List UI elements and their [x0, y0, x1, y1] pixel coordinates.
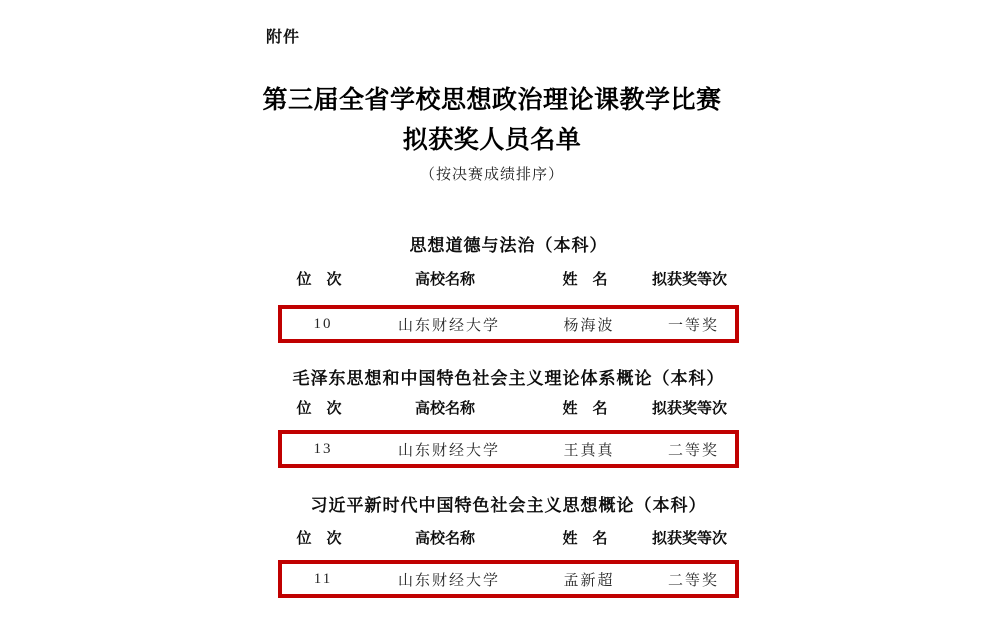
course-title: 毛泽东思想和中国特色社会主义理论体系概论（本科） — [230, 364, 787, 389]
section-sixiang-daode-fazhi: 思想道德与法治（本科） 位 次 高校名称 姓 名 拟获奖等次 10 山东财经大学… — [278, 231, 739, 345]
cell-university: 山东财经大学 — [364, 314, 534, 335]
cell-university: 山东财经大学 — [364, 569, 534, 590]
course-title: 思想道德与法治（本科） — [230, 231, 787, 256]
col-header-name: 姓 名 — [530, 397, 640, 418]
table-header-row: 位 次 高校名称 姓 名 拟获奖等次 — [278, 527, 739, 548]
cell-rank: 11 — [282, 571, 364, 588]
document-title-line1: 第三届全省学校思想政治理论课教学比赛 — [0, 88, 984, 113]
cell-name: 王真真 — [534, 439, 644, 460]
section-xijinping-sixiang-gailun: 习近平新时代中国特色社会主义思想概论（本科） 位 次 高校名称 姓 名 拟获奖等… — [278, 491, 739, 601]
cell-name: 杨海波 — [534, 314, 644, 335]
cell-award: 一等奖 — [644, 314, 743, 335]
cell-name: 孟新超 — [534, 569, 644, 590]
document-title-line2: 拟获奖人员名单 — [0, 128, 984, 153]
table-header-row: 位 次 高校名称 姓 名 拟获奖等次 — [278, 397, 739, 418]
col-header-university: 高校名称 — [360, 268, 530, 289]
cell-rank: 10 — [282, 316, 364, 333]
col-header-university: 高校名称 — [360, 397, 530, 418]
cell-rank: 13 — [282, 441, 364, 458]
cell-award: 二等奖 — [644, 439, 743, 460]
section-maozedong-sixiang-gailun: 毛泽东思想和中国特色社会主义理论体系概论（本科） 位 次 高校名称 姓 名 拟获… — [278, 364, 739, 469]
attachment-label: 附件 — [266, 24, 300, 47]
document-subtitle: （按决赛成绩排序） — [0, 163, 984, 184]
col-header-university: 高校名称 — [360, 527, 530, 548]
col-header-name: 姓 名 — [530, 268, 640, 289]
col-header-rank: 位 次 — [278, 268, 360, 289]
col-header-award: 拟获奖等次 — [640, 527, 739, 548]
highlighted-winner-row: 13 山东财经大学 王真真 二等奖 — [278, 430, 739, 468]
col-header-name: 姓 名 — [530, 527, 640, 548]
highlighted-winner-row: 11 山东财经大学 孟新超 二等奖 — [278, 560, 739, 598]
course-title: 习近平新时代中国特色社会主义思想概论（本科） — [230, 491, 787, 516]
col-header-award: 拟获奖等次 — [640, 268, 739, 289]
cell-university: 山东财经大学 — [364, 439, 534, 460]
cell-award: 二等奖 — [644, 569, 743, 590]
col-header-rank: 位 次 — [278, 397, 360, 418]
table-header-row: 位 次 高校名称 姓 名 拟获奖等次 — [278, 268, 739, 289]
col-header-award: 拟获奖等次 — [640, 397, 739, 418]
document-page: 附件 第三届全省学校思想政治理论课教学比赛 拟获奖人员名单 （按决赛成绩排序） … — [0, 0, 984, 640]
col-header-rank: 位 次 — [278, 527, 360, 548]
highlighted-winner-row: 10 山东财经大学 杨海波 一等奖 — [278, 305, 739, 343]
